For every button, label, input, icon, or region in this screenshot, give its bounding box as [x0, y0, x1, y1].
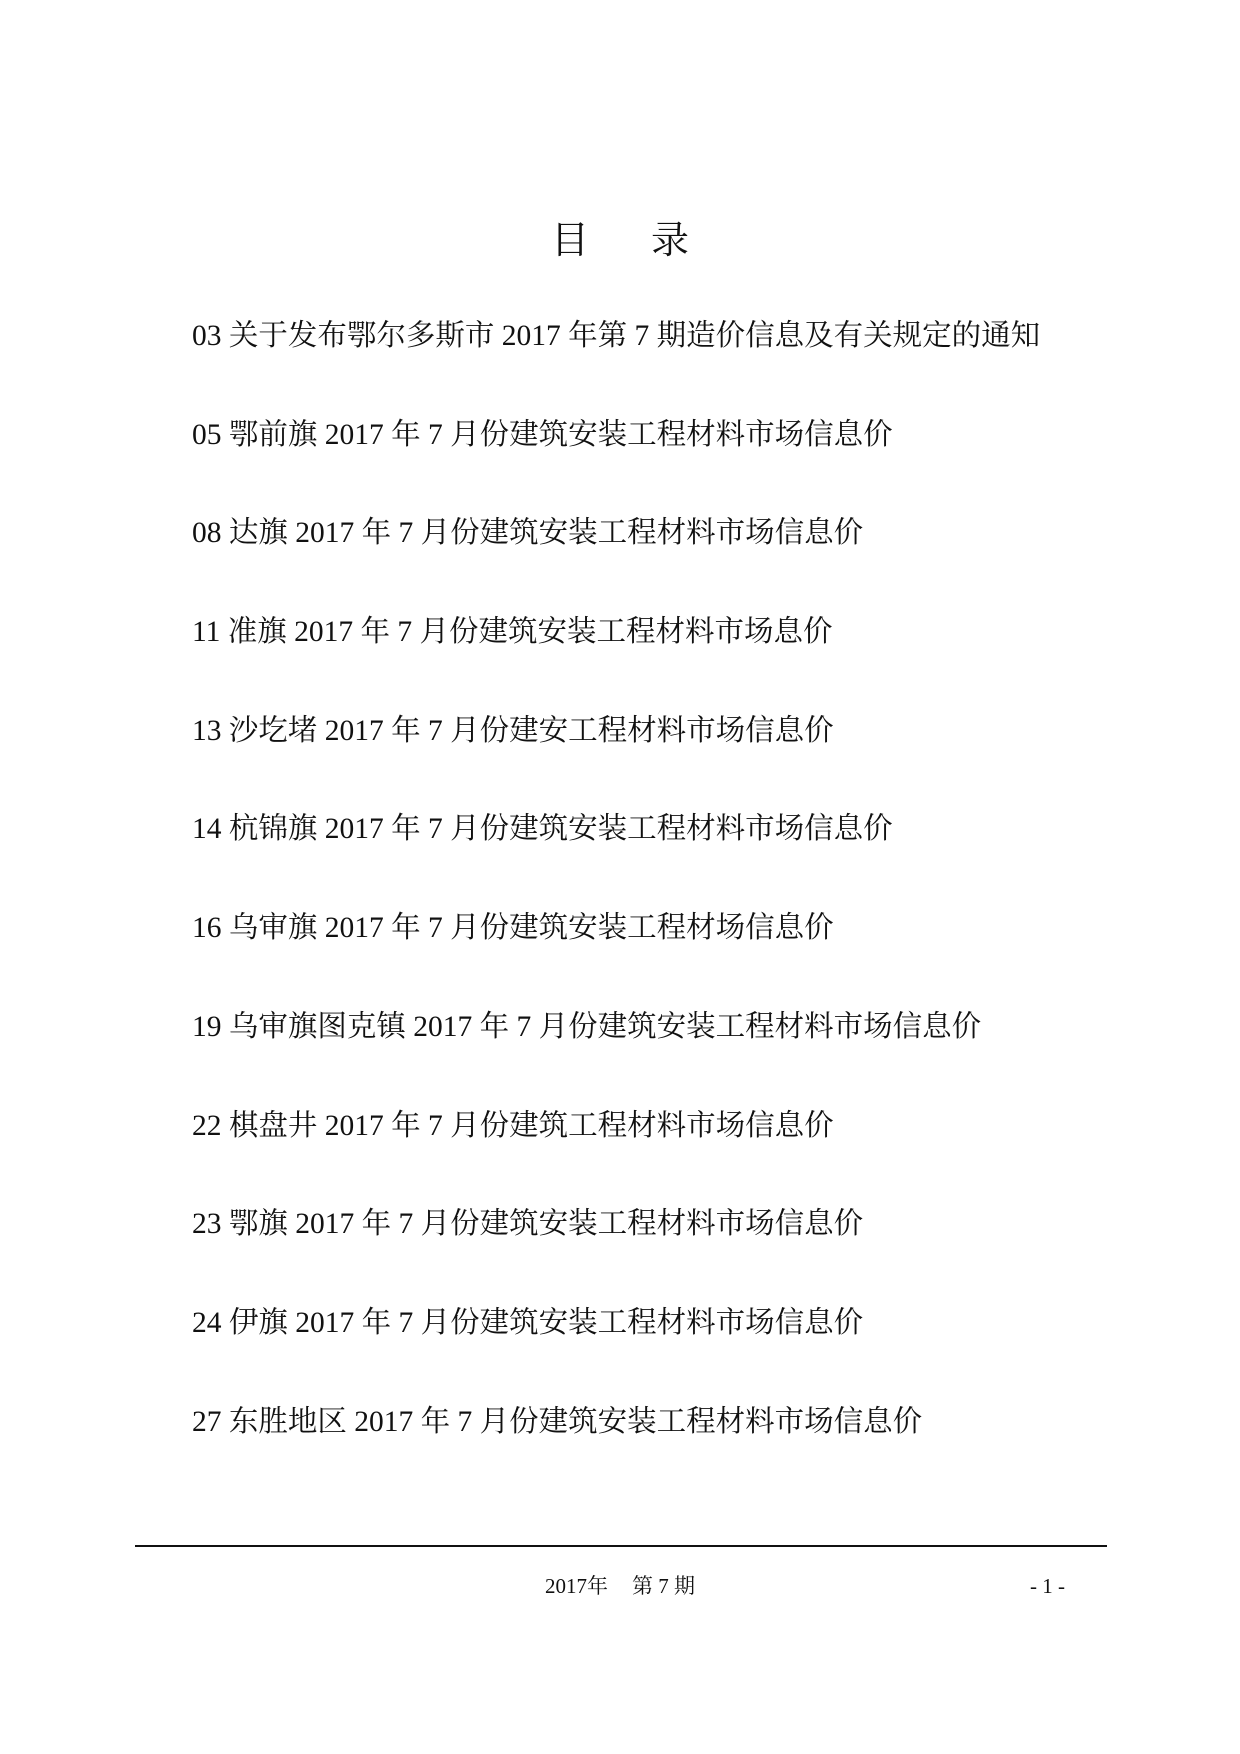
page-title-char: 录: [651, 218, 689, 264]
toc-page-number: 14: [192, 809, 222, 849]
toc-page-number: 24: [192, 1303, 222, 1343]
toc-entry-title: 鄂旗 2017 年 7 月份建筑安装工程材料市场信息价: [229, 1204, 863, 1244]
toc-entry-title: 沙圪堵 2017 年 7 月份建安工程材料市场信息价: [229, 711, 834, 751]
toc-page-number: 16: [192, 908, 222, 948]
toc-page-number: 23: [192, 1204, 222, 1244]
toc-entry[interactable]: 16 乌审旗 2017 年 7 月份建筑安装工程材场信息价: [192, 908, 1040, 1007]
toc-entry[interactable]: 27 东胜地区 2017 年 7 月份建筑安装工程材料市场信息价: [192, 1402, 1040, 1501]
page-number: - 1 -: [1030, 1572, 1065, 1600]
toc-entry-title: 东胜地区 2017 年 7 月份建筑安装工程材料市场信息价: [229, 1402, 922, 1442]
toc-page-number: 03: [192, 316, 222, 356]
footer-year: 2017年: [545, 1574, 608, 1598]
toc-entry-title: 棋盘井 2017 年 7 月份建筑工程材料市场信息价: [229, 1106, 834, 1146]
toc-page-number: 22: [192, 1106, 222, 1146]
toc-entry[interactable]: 13 沙圪堵 2017 年 7 月份建安工程材料市场信息价: [192, 711, 1040, 810]
toc-entry-title: 关于发布鄂尔多斯市 2017 年第 7 期造价信息及有关规定的通知: [229, 316, 1040, 356]
toc-entry[interactable]: 23 鄂旗 2017 年 7 月份建筑安装工程材料市场信息价: [192, 1204, 1040, 1303]
toc-entry[interactable]: 05 鄂前旗 2017 年 7 月份建筑安装工程材料市场信息价: [192, 415, 1040, 514]
toc-page-number: 05: [192, 415, 222, 455]
toc-entry[interactable]: 11 准旗 2017 年 7 月份建筑安装工程材料市场息价: [192, 612, 1040, 711]
toc-entry-title: 伊旗 2017 年 7 月份建筑安装工程材料市场信息价: [229, 1303, 863, 1343]
toc-entry-title: 杭锦旗 2017 年 7 月份建筑安装工程材料市场信息价: [229, 809, 893, 849]
toc-page-number: 27: [192, 1402, 222, 1442]
table-of-contents: 03 关于发布鄂尔多斯市 2017 年第 7 期造价信息及有关规定的通知 05 …: [192, 316, 1040, 1500]
page-title: 目录: [0, 218, 1240, 264]
toc-entry-title: 鄂前旗 2017 年 7 月份建筑安装工程材料市场信息价: [229, 415, 893, 455]
page-title-char: 目: [551, 218, 589, 264]
toc-page-number: 13: [192, 711, 222, 751]
toc-entry-title: 乌审旗 2017 年 7 月份建筑安装工程材场信息价: [229, 908, 834, 948]
footer-divider: [135, 1545, 1107, 1547]
toc-entry[interactable]: 19 乌审旗图克镇 2017 年 7 月份建筑安装工程材料市场信息价: [192, 1007, 1040, 1106]
toc-entry-title: 准旗 2017 年 7 月份建筑安装工程材料市场息价: [228, 612, 833, 652]
toc-entry[interactable]: 14 杭锦旗 2017 年 7 月份建筑安装工程材料市场信息价: [192, 809, 1040, 908]
toc-page-number: 19: [192, 1007, 222, 1047]
toc-page-number: 11: [192, 612, 220, 652]
toc-entry-title: 达旗 2017 年 7 月份建筑安装工程材料市场信息价: [229, 513, 863, 553]
toc-entry[interactable]: 03 关于发布鄂尔多斯市 2017 年第 7 期造价信息及有关规定的通知: [192, 316, 1040, 415]
toc-entry-title: 乌审旗图克镇 2017 年 7 月份建筑安装工程材料市场信息价: [229, 1007, 981, 1047]
toc-entry[interactable]: 08 达旗 2017 年 7 月份建筑安装工程材料市场信息价: [192, 513, 1040, 612]
footer-issue-number: 第 7 期: [632, 1574, 695, 1598]
toc-page-number: 08: [192, 513, 222, 553]
toc-entry[interactable]: 24 伊旗 2017 年 7 月份建筑安装工程材料市场信息价: [192, 1303, 1040, 1402]
toc-entry[interactable]: 22 棋盘井 2017 年 7 月份建筑工程材料市场信息价: [192, 1106, 1040, 1205]
